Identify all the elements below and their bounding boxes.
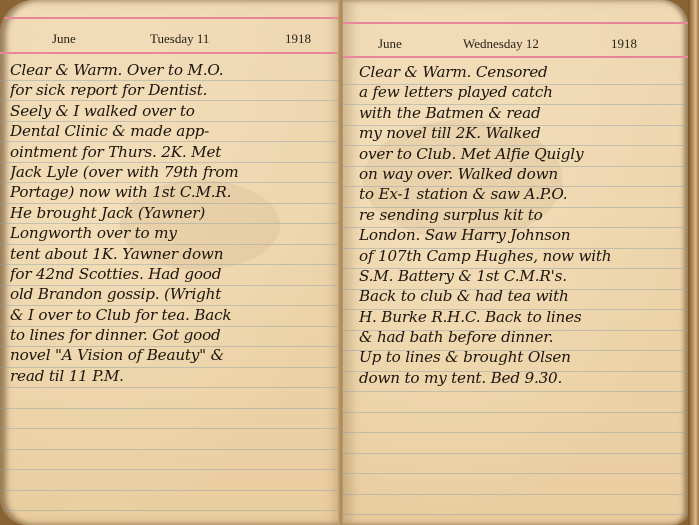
- entry-line: Seely & I walked over to: [10, 101, 332, 121]
- entry-line: to Ex-1 station & saw A.P.O.: [359, 184, 680, 204]
- entry-line: to lines for dinner. Got good: [10, 325, 332, 345]
- entry-line: re sending surplus kit to: [359, 205, 680, 225]
- left-page-header: June Tuesday 11 1918: [0, 28, 340, 48]
- entry-line: H. Burke R.H.C. Back to lines: [359, 307, 680, 327]
- entry-line: on way over. Walked down: [359, 164, 680, 184]
- entry-line: my novel till 2K. Walked: [359, 123, 680, 143]
- entry-line: ointment for Thurs. 2K. Met: [10, 142, 332, 162]
- right-header-month: June: [378, 36, 402, 52]
- entry-line: read til 11 P.M.: [10, 366, 332, 386]
- entry-line: Jack Lyle (over with 79th from: [10, 162, 332, 182]
- ruled-line: [343, 473, 688, 474]
- header-pink-rule: [0, 52, 340, 54]
- ruled-line: [343, 391, 688, 392]
- right-entry-text: Clear & Warm. Censored a few letters pla…: [359, 62, 680, 388]
- entry-line: Longworth over to my: [10, 223, 332, 243]
- left-header-day: Tuesday 11: [150, 31, 209, 47]
- ruled-line: [343, 514, 688, 515]
- entry-line: Clear & Warm. Over to M.O.: [10, 60, 332, 80]
- entry-line: He brought Jack (Yawner): [10, 203, 332, 223]
- entry-line: Dental Clinic & made app-: [10, 121, 332, 141]
- entry-line: tent about 1K. Yawner down: [10, 244, 332, 264]
- entry-line: & had bath before dinner.: [359, 327, 680, 347]
- left-header-year: 1918: [285, 31, 311, 47]
- entry-line: a few letters played catch: [359, 82, 680, 102]
- ruled-line: [343, 412, 688, 413]
- top-pink-rule: [0, 17, 340, 19]
- entry-line: over to Club. Met Alfie Quigly: [359, 144, 680, 164]
- diary-spread: June Tuesday 11 1918 Clear & Warm. Over …: [0, 0, 699, 525]
- right-page-header: June Wednesday 12 1918: [343, 33, 688, 53]
- entry-line: novel "A Vision of Beauty" &: [10, 345, 332, 365]
- entry-line: London. Saw Harry Johnson: [359, 225, 680, 245]
- right-header-day: Wednesday 12: [463, 36, 539, 52]
- ruled-line: [0, 428, 340, 429]
- right-header-year: 1918: [611, 36, 637, 52]
- top-pink-rule: [343, 22, 688, 24]
- ruled-line: [0, 449, 340, 450]
- entry-line: & I over to Club for tea. Back: [10, 305, 332, 325]
- ruled-line: [343, 494, 688, 495]
- ruled-line: [0, 490, 340, 491]
- entry-line: for 42nd Scotties. Had good: [10, 264, 332, 284]
- ruled-line: [343, 453, 688, 454]
- entry-line: for sick report for Dentist.: [10, 80, 332, 100]
- entry-line: with the Batmen & read: [359, 103, 680, 123]
- book-cover-edge: [688, 0, 699, 525]
- ruled-line: [0, 469, 340, 470]
- entry-line: S.M. Battery & 1st C.M.R's.: [359, 266, 680, 286]
- left-entry-text: Clear & Warm. Over to M.O. for sick repo…: [10, 60, 332, 386]
- ruled-line: [0, 387, 340, 388]
- entry-line: old Brandon gossip. (Wright: [10, 284, 332, 304]
- entry-line: of 107th Camp Hughes, now with: [359, 246, 680, 266]
- entry-line: Clear & Warm. Censored: [359, 62, 680, 82]
- left-header-month: June: [52, 31, 76, 47]
- entry-line: Up to lines & brought Olsen: [359, 347, 680, 367]
- ruled-line: [0, 408, 340, 409]
- right-page: June Wednesday 12 1918 Clear & Warm. Cen…: [343, 0, 688, 525]
- entry-line: Portage) now with 1st C.M.R.: [10, 182, 332, 202]
- header-pink-rule: [343, 56, 688, 58]
- ruled-line: [0, 510, 340, 511]
- left-page: June Tuesday 11 1918 Clear & Warm. Over …: [0, 0, 340, 525]
- entry-line: Back to club & had tea with: [359, 286, 680, 306]
- entry-line: down to my tent. Bed 9.30.: [359, 368, 680, 388]
- ruled-line: [343, 432, 688, 433]
